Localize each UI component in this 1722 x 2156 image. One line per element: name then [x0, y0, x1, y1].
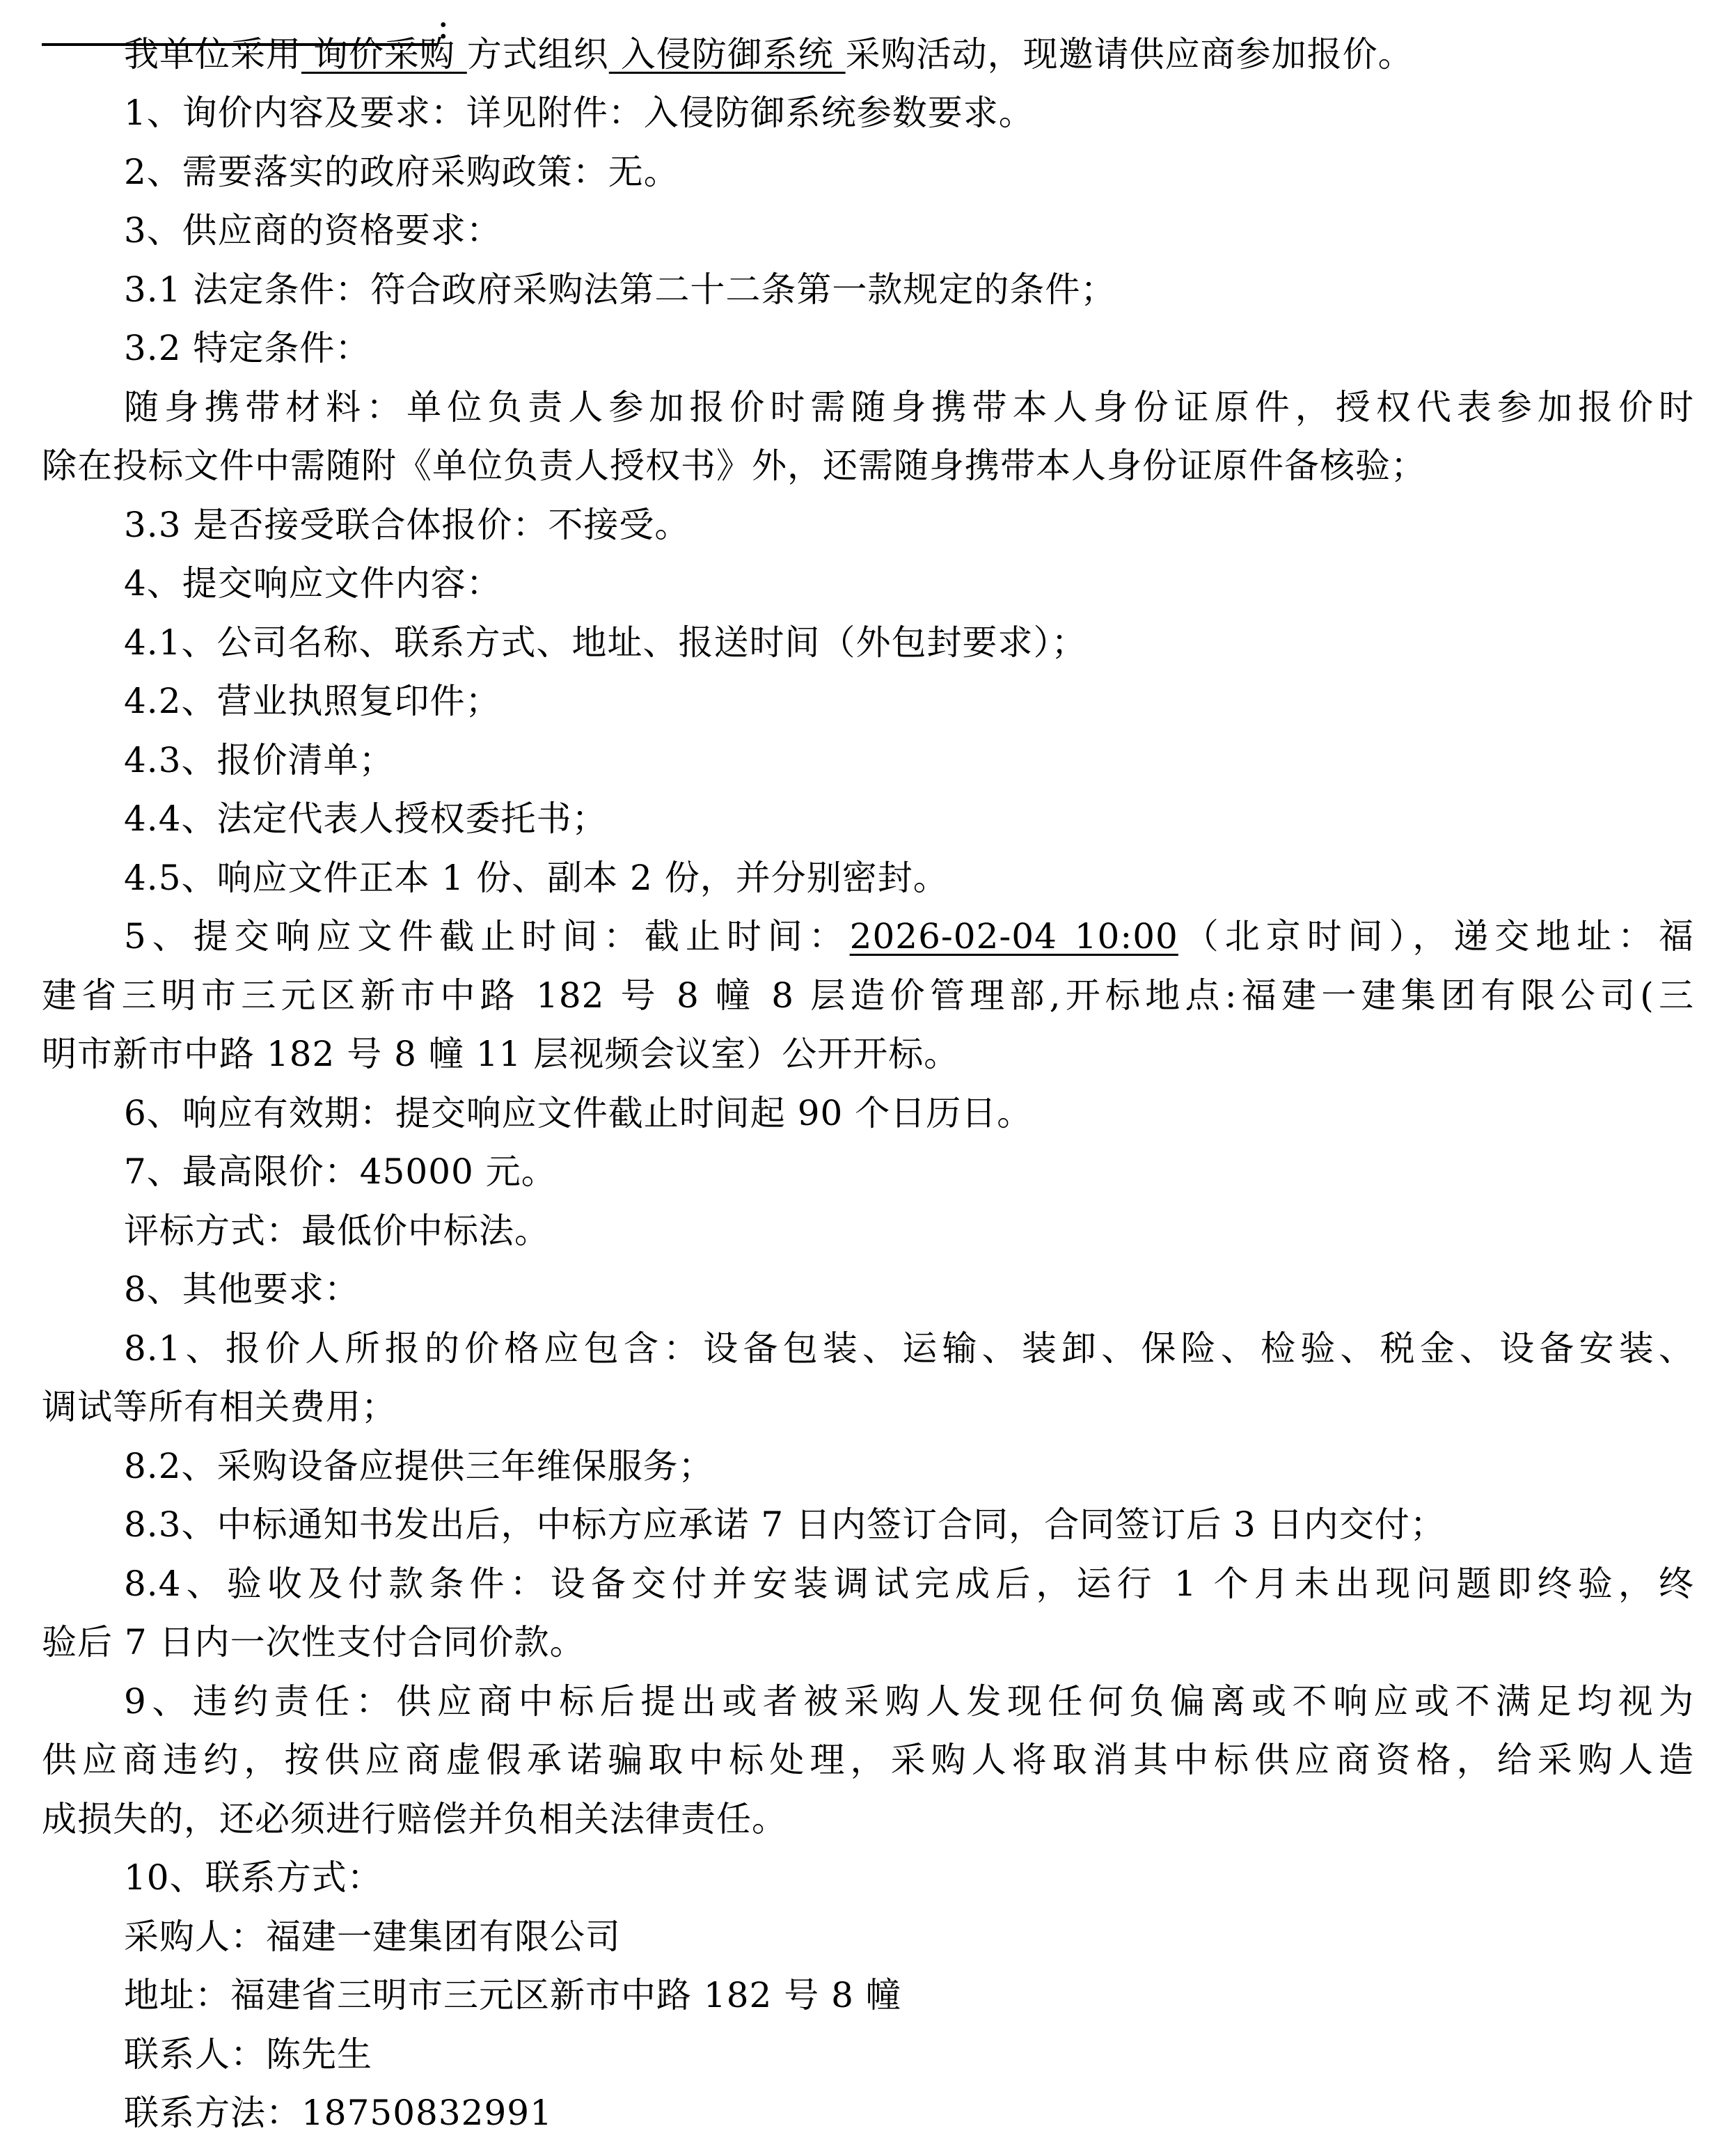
item-4-submission-content: 4、提交响应文件内容：	[124, 562, 1694, 604]
item-4-4: 4.4、法定代表人授权委托书；	[124, 798, 1694, 840]
item-2-policy: 2、需要落实的政府采购政策：无。	[124, 151, 1694, 193]
item-5-deadline-line-3: 明市新市中路 182 号 8 幢 11 层视频会议室）公开开标。	[42, 1033, 1694, 1075]
item-6-validity: 6、响应有效期：提交响应文件截止时间起 90 个日历日。	[124, 1092, 1694, 1134]
item-3-qualification: 3、供应商的资格要求：	[124, 210, 1694, 251]
item-4-3: 4.3、报价清单；	[124, 739, 1694, 781]
evaluation-method: 评标方式：最低价中标法。	[124, 1210, 1694, 1252]
carry-materials-line-2: 除在投标文件中需随附《单位负责人授权书》外，还需随身携带本人身份证原件备核验；	[42, 445, 1694, 487]
deadline-datetime: 2026-02-04 10:00	[850, 916, 1178, 957]
item-5-deadline-line-1: 5、提交响应文件截止时间：截止时间：2026-02-04 10:00（北京时间）…	[124, 915, 1694, 957]
item-8-3: 8.3、中标通知书发出后，中标方应承诺 7 日内签订合同，合同签订后 3 日内交…	[124, 1504, 1694, 1545]
intro-suffix: 采购活动，现邀请供应商参加报价。	[846, 34, 1414, 74]
item-4-1: 4.1、公司名称、联系方式、地址、报送时间（外包封要求）；	[124, 622, 1694, 663]
project-name: 入侵防御系统	[609, 34, 846, 74]
item-8-1-line-2: 调试等所有相关费用；	[42, 1386, 1694, 1428]
item-8-2: 8.2、采购设备应提供三年维保服务；	[124, 1445, 1694, 1487]
item-3-3-consortium: 3.3 是否接受联合体报价：不接受。	[124, 504, 1694, 546]
carry-materials-line-1: 随身携带材料：单位负责人参加报价时需随身携带本人身份证原件，授权代表参加报价时	[124, 386, 1694, 428]
intro-mid: 方式组织	[467, 34, 609, 74]
item-9-line-2: 供应商违约，按供应商虚假承诺骗取中标处理，采购人将取消其中标供应商资格，给采购人…	[42, 1739, 1694, 1781]
contact-address: 地址：福建省三明市三元区新市中路 182 号 8 幢	[124, 1974, 1694, 2016]
intro-paragraph: 我单位采用 询价采购 方式组织 入侵防御系统 采购活动，现邀请供应商参加报价。	[124, 33, 1694, 75]
item-8-4-line-1: 8.4、验收及付款条件：设备交付并安装调试完成后，运行 1 个月未出现问题即终验…	[124, 1563, 1694, 1605]
item-7-max-price: 7、最高限价：45000 元。	[124, 1151, 1694, 1193]
procurement-method: 询价采购	[301, 34, 467, 74]
item-3-2-specific-conditions: 3.2 特定条件：	[124, 327, 1694, 369]
contact-phone: 联系方法：18750832991	[124, 2092, 1694, 2134]
contact-person: 联系人：陈先生	[124, 2033, 1694, 2075]
item-8-1-line-1: 8.1、报价人所报的价格应包含：设备包装、运输、装卸、保险、检验、税金、设备安装…	[124, 1328, 1694, 1369]
item-9-line-1: 9、违约责任：供应商中标后提出或者被采购人发现任何负偏离或不响应或不满足均视为	[124, 1681, 1694, 1722]
item-10-contact: 10、联系方式：	[124, 1857, 1694, 1898]
item-8-4-line-2: 验后 7 日内一次性支付合同价款。	[42, 1621, 1694, 1663]
deadline-prefix: 5、提交响应文件截止时间：截止时间：	[124, 916, 850, 957]
item-3-1-legal-conditions: 3.1 法定条件：符合政府采购法第二十二条第一款规定的条件；	[124, 269, 1694, 310]
item-1-inquiry-content: 1、询价内容及要求：详见附件：入侵防御系统参数要求。	[124, 92, 1694, 134]
contact-purchaser: 采购人：福建一建集团有限公司	[124, 1916, 1694, 1958]
intro-prefix: 我单位采用	[124, 34, 301, 74]
deadline-suffix: （北京时间），递交地址：福	[1178, 916, 1694, 957]
item-5-deadline-line-2: 建省三明市三元区新市中路 182 号 8 幢 8 层造价管理部,开标地点:福建一…	[42, 975, 1694, 1016]
procurement-notice-page: : 我单位采用 询价采购 方式组织 入侵防御系统 采购活动，现邀请供应商参加报价…	[0, 0, 1722, 2156]
item-4-5: 4.5、响应文件正本 1 份、副本 2 份，并分别密封。	[124, 857, 1694, 899]
item-8-other-requirements: 8、其他要求：	[124, 1268, 1694, 1310]
item-9-line-3: 成损失的，还必须进行赔偿并负相关法律责任。	[42, 1798, 1694, 1840]
item-4-2: 4.2、营业执照复印件；	[124, 680, 1694, 722]
